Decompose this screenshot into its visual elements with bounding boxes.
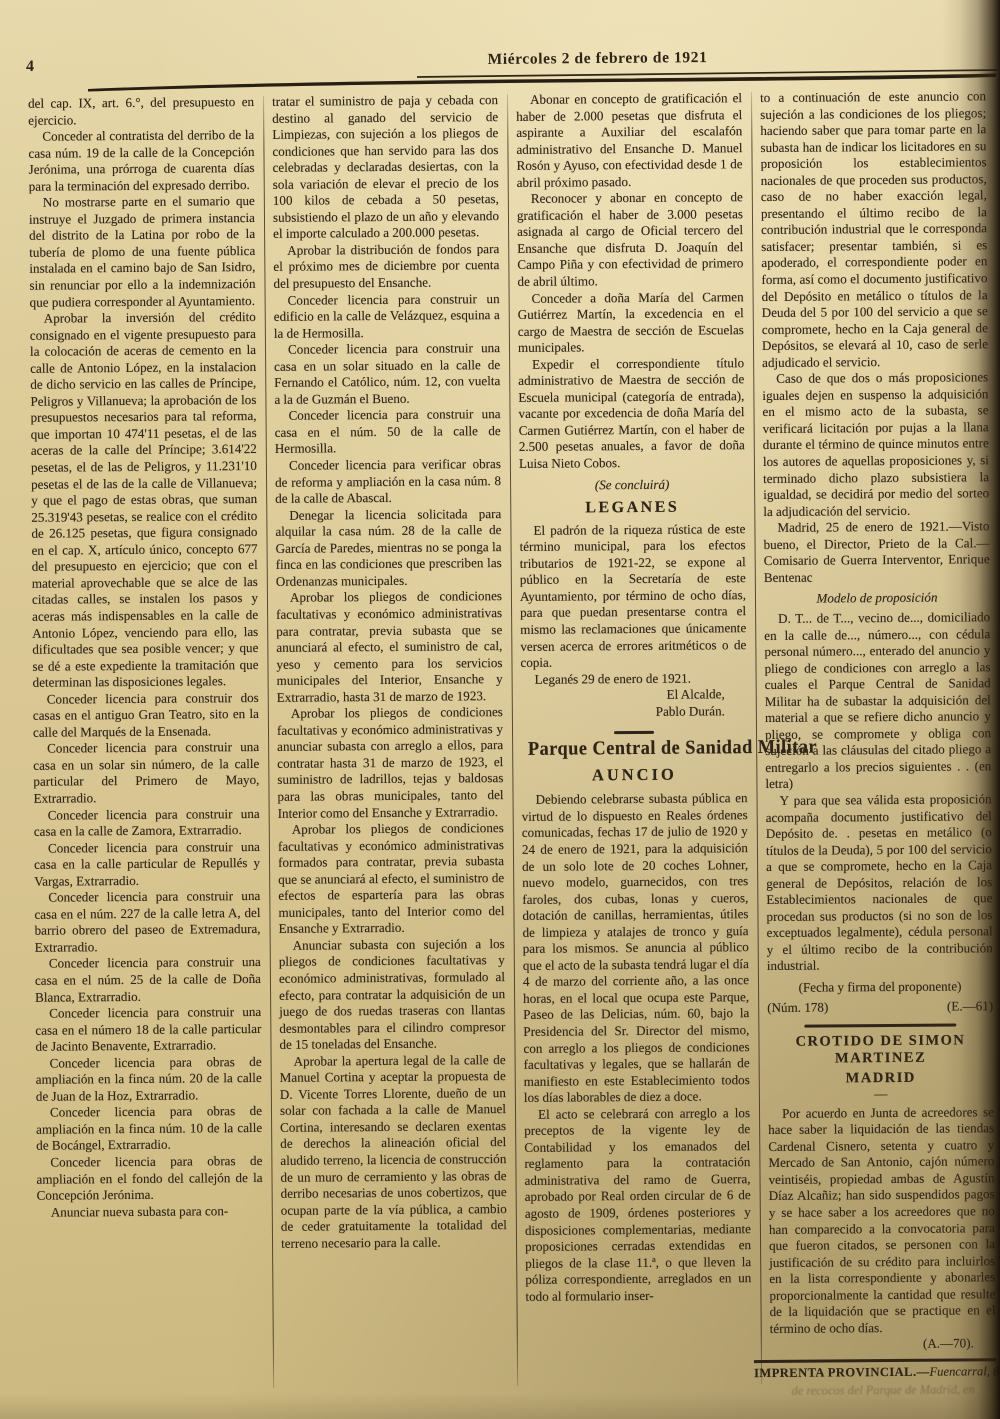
- column-1: del cap. IX, art. 6.°, del presupuesto e…: [28, 94, 264, 1419]
- divider-rule-medium: [804, 1024, 956, 1028]
- paragraph: No mostrarse parte en el sumario que ins…: [29, 193, 256, 311]
- paragraph: El padrón de la riqueza rústica de este …: [519, 521, 746, 672]
- paragraph: Aprobar la inversión del crédito consign…: [30, 309, 259, 691]
- signature-line: (A.—70).: [770, 1336, 996, 1354]
- paragraph: Conceder licencia para verificar obras d…: [275, 456, 501, 507]
- column-divider: [263, 96, 274, 1388]
- paragraph: Conceder al contratista del derribo de l…: [28, 127, 255, 195]
- announcement-subheader: AUNCIO: [521, 766, 747, 784]
- paragraph: Anunciar subasta con sujeción a los plie…: [279, 936, 506, 1054]
- paragraph: Aprobar los pliegos de condiciones facul…: [277, 704, 504, 822]
- column-divider: [507, 94, 518, 1386]
- notice-header: CROTIDO DE SIMON MARTINEZ: [767, 1032, 993, 1067]
- section-note: (Se concluirá): [519, 476, 745, 494]
- paragraph: Conceder licencia para construir una cas…: [35, 1004, 261, 1055]
- reference-left: (Núm. 178): [767, 999, 828, 1016]
- paragraph: Denegar la licencia solicitada para alqu…: [275, 506, 502, 591]
- paragraph: Conceder licencia para construir una cas…: [34, 805, 260, 840]
- signature-line: Pablo Durán.: [521, 703, 747, 721]
- paragraph: Conceder licencia para construir una cas…: [35, 954, 261, 1005]
- paragraph: Conceder licencia para construir dos cas…: [33, 690, 259, 741]
- paragraph: Abonar en concepto de gratificación el h…: [516, 90, 743, 191]
- paragraph: Anunciar nueva subasta para con-: [37, 1203, 263, 1221]
- section-note: Modelo de proposición: [764, 590, 990, 608]
- paragraph: Conceder licencia para construir una cas…: [34, 888, 261, 956]
- divider-rule-short: [614, 731, 654, 734]
- paragraph: Conceder licencia para obras de ampliaci…: [36, 1103, 262, 1154]
- paragraph: Aprobar la distribución de fondos para e…: [273, 241, 499, 292]
- column-3: Abonar en concepto de gratificación el h…: [516, 90, 752, 1419]
- paragraph: Conceder licencia para construir una cas…: [34, 839, 260, 890]
- paragraph: Conceder licencia para obras de ampliaci…: [36, 1054, 262, 1105]
- paragraph: Debiendo celebrarse subasta pública en v…: [522, 790, 750, 1106]
- paragraph: Reconocer y abonar en concepto de gratif…: [517, 189, 744, 290]
- notice-header: MADRID: [768, 1069, 994, 1087]
- newspaper-page: 4 Miércoles 2 de febrero de 1921 del cap…: [0, 0, 1000, 1419]
- paragraph: Conceder a doña María del Carmen Gutiérr…: [518, 289, 745, 357]
- paragraph: El acto se celebrará con arreglo a los p…: [524, 1105, 752, 1305]
- paragraph: Expedir el correspondiente título admini…: [518, 355, 745, 473]
- paragraph: Aprobar los pliegos de condiciones facul…: [276, 588, 503, 706]
- continued-paragraph: del cap. IX, art. 6.°, del presupuesto e…: [28, 94, 254, 129]
- columns-container: del cap. IX, art. 6.°, del presupuesto e…: [28, 88, 996, 1419]
- continued-paragraph: tratar el suministro de paja y cebada co…: [272, 92, 499, 243]
- paragraph: Caso de que dos o más proposiciones igua…: [762, 370, 989, 521]
- paragraph: Conceder licencia para construir una cas…: [274, 340, 501, 408]
- paragraph: Conceder licencia para construir una cas…: [33, 739, 260, 807]
- section-header: LEGANES: [519, 499, 745, 517]
- imprint-address: Fuencarral, 84: [929, 1364, 1000, 1379]
- paragraph: Aprobar la apertura legal de la calle de…: [280, 1052, 508, 1252]
- dash-ornament: —: [768, 1088, 994, 1100]
- paragraph: Aprobar los pliegos de condiciones facul…: [278, 820, 505, 938]
- display-masthead: Parque Central de Sanidad Militar: [528, 740, 741, 758]
- paragraph: Conceder licencia para construir un edif…: [274, 291, 500, 342]
- paragraph: Leganés 29 de enero de 1921.: [521, 670, 747, 688]
- column-2: tratar el suministro de paja y cebada co…: [272, 92, 508, 1419]
- ghost-bleed-text: de recocos del Parque de Madrid, en: [770, 1382, 996, 1400]
- paragraph: Conceder licencia para obras de ampliaci…: [36, 1153, 262, 1204]
- imprint-footer: IMPRENTA PROVINCIAL.—Fuencarral, 84: [754, 1358, 996, 1381]
- imprint-name: IMPRENTA PROVINCIAL.—: [754, 1365, 929, 1380]
- reference-right: (E.—61): [947, 998, 993, 1015]
- paragraph: Y para que sea válida esta proposición a…: [766, 791, 993, 975]
- reference-numbers: (Núm. 178)(E.—61): [767, 998, 993, 1016]
- paragraph: D. T... de T..., vecino de..., domicilia…: [764, 609, 991, 793]
- paragraph: Conceder licencia para construir una cas…: [274, 406, 500, 457]
- continued-paragraph: to a continuación de este anuncio con su…: [760, 88, 988, 371]
- signature-line: El Alcalde,: [521, 686, 747, 704]
- paragraph: Madrid, 25 de enero de 1921.—Visto bueno…: [763, 518, 990, 586]
- paragraph: Por acuerdo en Junta de acreedores se ha…: [768, 1104, 996, 1337]
- centered-line: (Fecha y firma del proponente): [767, 978, 993, 996]
